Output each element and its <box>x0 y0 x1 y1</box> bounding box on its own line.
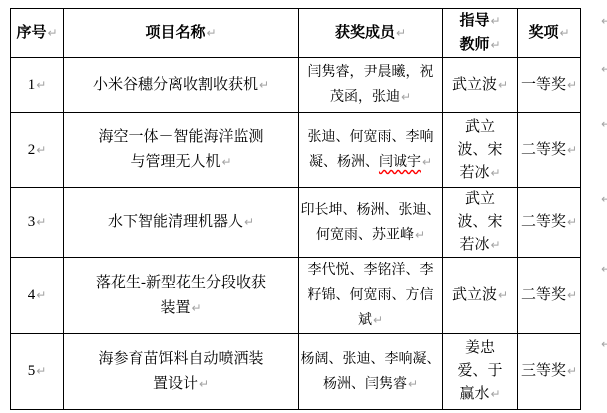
paragraph-mark: ↵ <box>490 14 500 28</box>
paragraph-mark: ↵ <box>36 364 46 378</box>
table-row: 3↵ 水下智能清理机器人↵ 印长坤、杨洲、张迪、 何宽雨、苏亚峰↵ 武立 波、宋… <box>11 188 581 258</box>
award-level: 二等奖 <box>521 287 566 303</box>
project-name: 落花生-新型花生分段收获 装置 <box>96 275 266 316</box>
members-names: 李代悦、李铭洋、李 籽锦、何宽雨、方信 斌 <box>308 263 434 328</box>
paragraph-mark: ↵ <box>415 228 425 242</box>
row-end-mark: ↵ <box>601 262 607 276</box>
table-row: 1↵ 小米谷穗分离收割收获机↵ 闫隽睿，尹晨曦，祝 茂函，张迪↵ 武立波↵ 一等… <box>11 58 581 113</box>
cell-award[interactable]: 二等奖↵ <box>518 188 581 258</box>
row-end-mark: ↵ <box>601 62 607 76</box>
advisor-names: 武立波 <box>452 77 497 93</box>
paragraph-mark: ↵ <box>191 301 201 315</box>
document-canvas: 序号↵ 项目名称↵ 获奖成员↵ 指导↵ 教师↵ 奖项↵ 1↵ 小米谷穗分离收割收… <box>0 0 607 413</box>
paragraph-mark: ↵ <box>498 78 508 92</box>
row-end-mark: ↵ <box>601 14 607 28</box>
cell-advisor[interactable]: 姜忠 爱、于 赢水↵ <box>443 334 518 410</box>
project-name: 海空一体－智能海洋监测 与管理无人机 <box>98 129 263 170</box>
cell-seq[interactable]: 3↵ <box>11 188 64 258</box>
paragraph-mark: ↵ <box>396 26 406 40</box>
row-end-mark: ↵ <box>601 192 607 206</box>
paragraph-mark: ↵ <box>401 90 411 104</box>
paragraph-mark: ↵ <box>259 78 269 92</box>
cell-project[interactable]: 海空一体－智能海洋监测 与管理无人机↵ <box>64 113 299 188</box>
awards-table: 序号↵ 项目名称↵ 获奖成员↵ 指导↵ 教师↵ 奖项↵ 1↵ 小米谷穗分离收割收… <box>10 8 581 410</box>
header-seq[interactable]: 序号↵ <box>11 9 64 58</box>
project-name: 小米谷穗分离收割收获机 <box>93 77 258 93</box>
paragraph-mark: ↵ <box>199 377 209 391</box>
header-project[interactable]: 项目名称↵ <box>64 9 299 58</box>
award-level: 三等奖 <box>521 363 566 379</box>
row-end-mark: ↵ <box>601 117 607 131</box>
seq-value: 4 <box>28 287 36 303</box>
paragraph-mark: ↵ <box>490 38 500 52</box>
paragraph-mark: ↵ <box>567 143 577 157</box>
cell-project[interactable]: 海参育苗饵料自动喷洒装 置设计↵ <box>64 334 299 410</box>
members-name-spellcheck-flagged: 闫诚宇 <box>379 155 421 170</box>
header-advisor-label-line2: 教师 <box>459 37 489 53</box>
cell-seq[interactable]: 4↵ <box>11 258 64 334</box>
award-level: 二等奖 <box>521 142 566 158</box>
paragraph-mark: ↵ <box>206 26 216 40</box>
cell-award[interactable]: 一等奖↵ <box>518 58 581 113</box>
paragraph-mark: ↵ <box>373 313 383 327</box>
advisor-names: 武立波 <box>452 287 497 303</box>
project-name: 海参育苗饵料自动喷洒装 置设计 <box>98 351 263 392</box>
header-members-label: 获奖成员 <box>335 25 395 41</box>
header-project-label: 项目名称 <box>145 25 205 41</box>
paragraph-mark: ↵ <box>244 215 254 229</box>
row-end-mark: ↵ <box>601 337 607 351</box>
members-names: 闫隽睿，尹晨曦，祝 茂函，张迪 <box>308 65 434 105</box>
paragraph-mark: ↵ <box>567 364 577 378</box>
project-name: 水下智能清理机器人 <box>108 214 243 230</box>
cell-members[interactable]: 李代悦、李铭洋、李 籽锦、何宽雨、方信 斌↵ <box>299 258 443 334</box>
paragraph-mark: ↵ <box>559 26 569 40</box>
paragraph-mark: ↵ <box>567 288 577 302</box>
paragraph-mark: ↵ <box>490 166 500 180</box>
award-level: 二等奖 <box>521 214 566 230</box>
cell-award[interactable]: 二等奖↵ <box>518 113 581 188</box>
cell-seq[interactable]: 2↵ <box>11 113 64 188</box>
table-row: 4↵ 落花生-新型花生分段收获 装置↵ 李代悦、李铭洋、李 籽锦、何宽雨、方信 … <box>11 258 581 334</box>
cell-members[interactable]: 张迪、何宽雨、李响 凝、杨洲、闫诚宇↵ <box>299 113 443 188</box>
cell-seq[interactable]: 5↵ <box>11 334 64 410</box>
header-seq-label: 序号 <box>16 25 46 41</box>
paragraph-mark: ↵ <box>498 288 508 302</box>
paragraph-mark: ↵ <box>36 288 46 302</box>
cell-members[interactable]: 闫隽睿，尹晨曦，祝 茂函，张迪↵ <box>299 58 443 113</box>
cell-award[interactable]: 三等奖↵ <box>518 334 581 410</box>
paragraph-mark: ↵ <box>36 215 46 229</box>
seq-value: 1 <box>28 77 36 93</box>
cell-members[interactable]: 杨阔、张迪、李响凝、 杨洲、闫隽睿↵ <box>299 334 443 410</box>
header-advisor-label-line1: 指导 <box>459 13 489 29</box>
paragraph-mark: ↵ <box>490 387 500 401</box>
cell-advisor[interactable]: 武立波↵ <box>443 58 518 113</box>
paragraph-mark: ↵ <box>36 143 46 157</box>
paragraph-mark: ↵ <box>422 155 432 169</box>
table-row: 2↵ 海空一体－智能海洋监测 与管理无人机↵ 张迪、何宽雨、李响 凝、杨洲、闫诚… <box>11 113 581 188</box>
cell-advisor[interactable]: 武立 波、宋 若冰↵ <box>443 188 518 258</box>
table-row: 5↵ 海参育苗饵料自动喷洒装 置设计↵ 杨阔、张迪、李响凝、 杨洲、闫隽睿↵ 姜… <box>11 334 581 410</box>
cell-seq[interactable]: 1↵ <box>11 58 64 113</box>
cell-award[interactable]: 二等奖↵ <box>518 258 581 334</box>
cell-project[interactable]: 小米谷穗分离收割收获机↵ <box>64 58 299 113</box>
cell-members[interactable]: 印长坤、杨洲、张迪、 何宽雨、苏亚峰↵ <box>299 188 443 258</box>
paragraph-mark: ↵ <box>567 215 577 229</box>
header-award[interactable]: 奖项↵ <box>518 9 581 58</box>
cell-advisor[interactable]: 武立波↵ <box>443 258 518 334</box>
paragraph-mark: ↵ <box>36 78 46 92</box>
cell-project[interactable]: 落花生-新型花生分段收获 装置↵ <box>64 258 299 334</box>
seq-value: 5 <box>28 363 36 379</box>
paragraph-mark: ↵ <box>408 377 418 391</box>
paragraph-mark: ↵ <box>567 78 577 92</box>
paragraph-mark: ↵ <box>47 26 57 40</box>
members-names: 杨阔、张迪、李响凝、 杨洲、闫隽睿 <box>301 352 441 392</box>
header-award-label: 奖项 <box>528 25 558 41</box>
header-advisor[interactable]: 指导↵ 教师↵ <box>443 9 518 58</box>
award-level: 一等奖 <box>521 77 566 93</box>
cell-advisor[interactable]: 武立 波、宋 若冰↵ <box>443 113 518 188</box>
cell-project[interactable]: 水下智能清理机器人↵ <box>64 188 299 258</box>
paragraph-mark: ↵ <box>221 155 231 169</box>
paragraph-mark: ↵ <box>490 238 500 252</box>
seq-value: 3 <box>28 214 36 230</box>
header-members[interactable]: 获奖成员↵ <box>299 9 443 58</box>
table-header-row: 序号↵ 项目名称↵ 获奖成员↵ 指导↵ 教师↵ 奖项↵ <box>11 9 581 58</box>
seq-value: 2 <box>28 142 36 158</box>
